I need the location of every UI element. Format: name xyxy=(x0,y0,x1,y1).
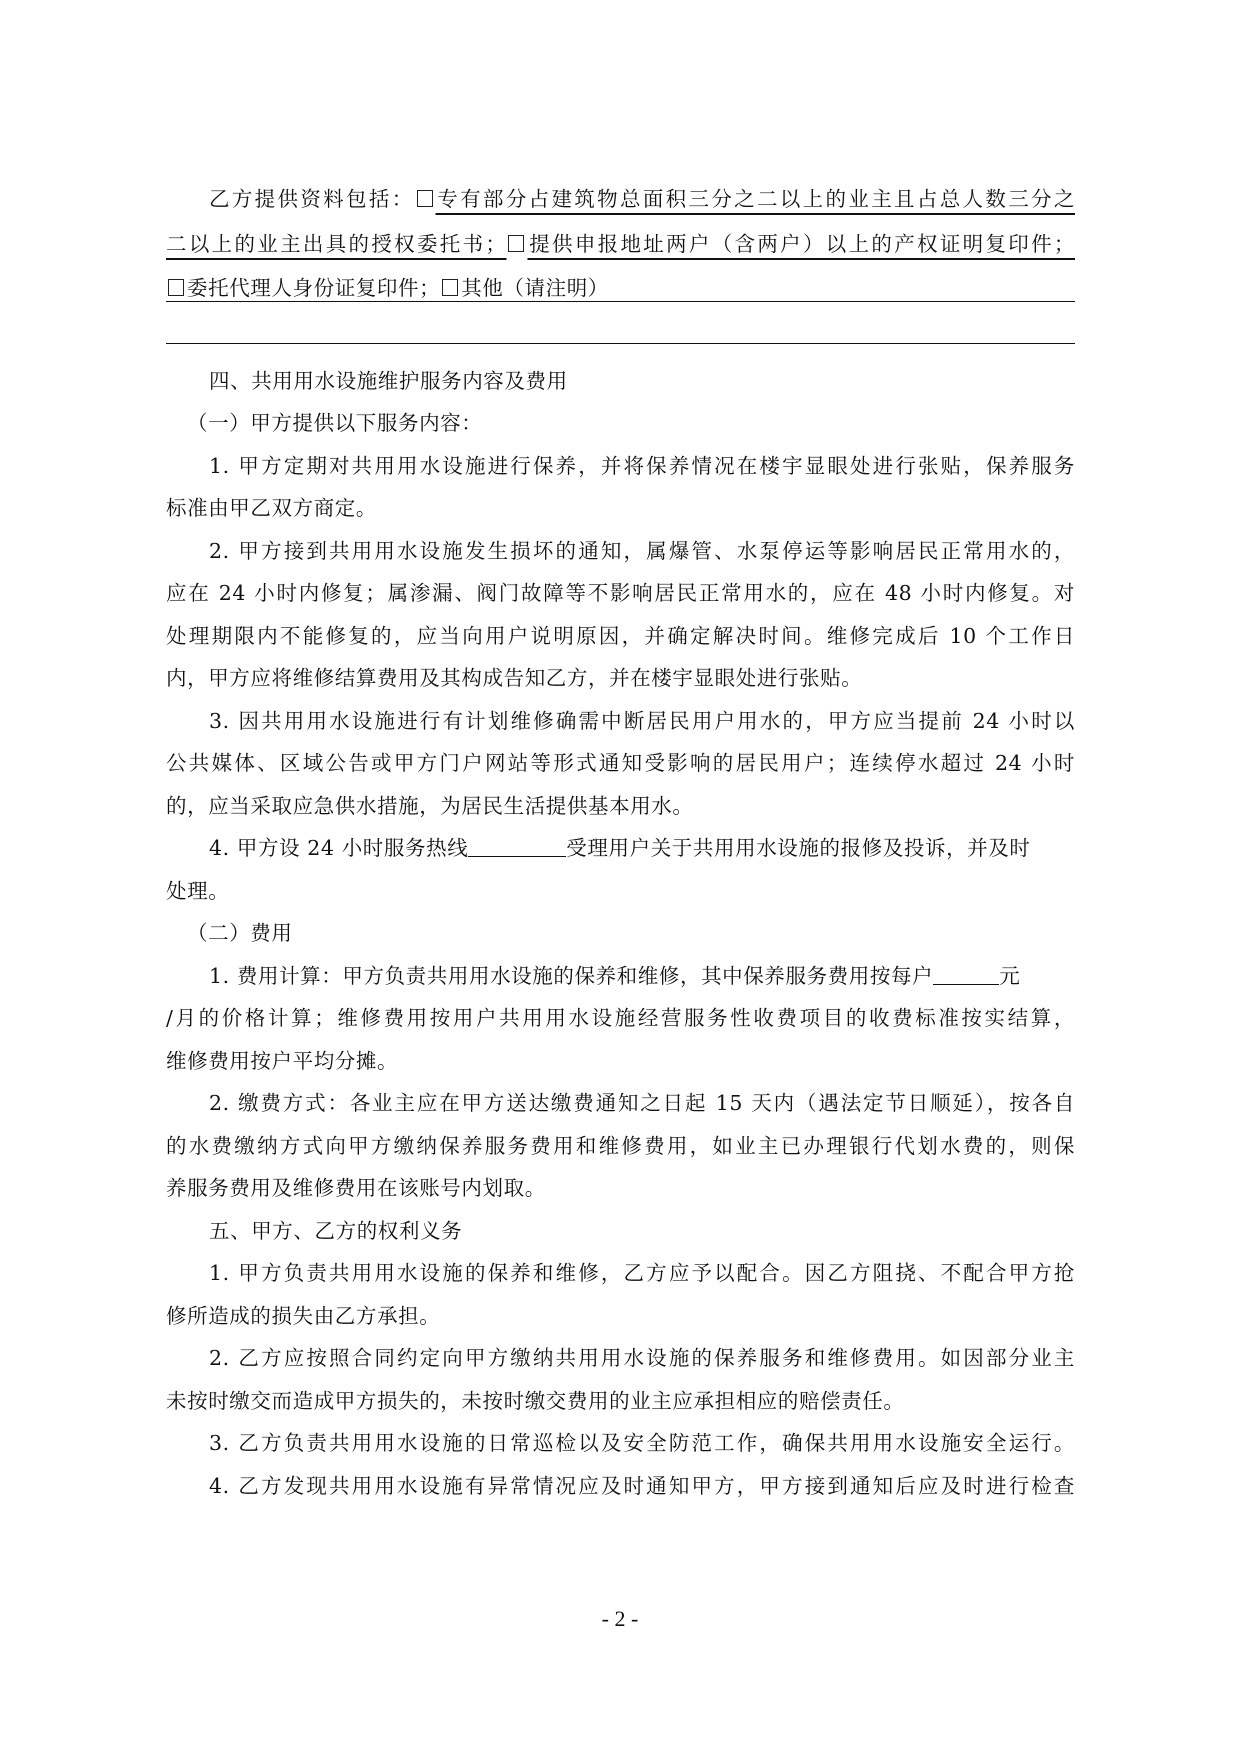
checkbox-property-proof[interactable] xyxy=(508,235,524,252)
materials-line-2a: 二以上的业主出具的授权委托书； xyxy=(166,232,506,256)
s4-fee-item2-line1: 2. 缴费方式：各业主应在甲方送达缴费通知之日起 15 天内（遇法定节日顺延），… xyxy=(166,1082,1075,1124)
s4-item2-line4: 内，甲方应将维修结算费用及其构成告知乙方，并在楼宇显眼处进行张贴。 xyxy=(166,657,1075,699)
materials-label: 乙方提供资料包括： xyxy=(209,187,415,211)
checkbox-agent-id[interactable] xyxy=(168,279,184,296)
fee-item1-after: 元 xyxy=(999,964,1020,988)
s4-fee-item2-line2: 的水费缴纳方式向甲方缴纳保养服务费用和维修费用，如业主已办理银行代划水费的，则保 xyxy=(166,1125,1075,1167)
section-4-sub2-title: （二）费用 xyxy=(166,912,1075,954)
materials-line-3: 委托代理人身份证复印件；其他（请注明） xyxy=(166,267,1075,309)
s5-item1-line2: 修所造成的损失由乙方承担。 xyxy=(166,1295,1075,1337)
s4-item2-line2: 应在 24 小时内修复；属渗漏、阀门故障等不影响居民正常用水的，应在 48 小时… xyxy=(166,572,1075,614)
checkbox-other[interactable] xyxy=(442,279,458,296)
s4-fee-item1-line3: 维修费用按户平均分摊。 xyxy=(166,1040,1075,1082)
s4-item4-before: 4. 甲方设 24 小时服务热线 xyxy=(209,836,468,860)
s5-item2-line1: 2. 乙方应按照合同约定向甲方缴纳共用用水设施的保养服务和维修费用。如因部分业主 xyxy=(166,1337,1075,1379)
materials-line-2b: 提供申报地址两户（含两户）以上的产权证明复印件； xyxy=(527,232,1075,256)
materials-line-1: 乙方提供资料包括：专有部分占建筑物总面积三分之二以上的业主且占总人数三分之 xyxy=(166,178,1075,220)
s4-item3-line2: 公共媒体、区域公告或甲方门户网站等形式通知受影响的居民用户；连续停水超过 24 … xyxy=(166,742,1075,784)
s5-item2-line2: 未按时缴交而造成甲方损失的，未按时缴交费用的业主应承担相应的赔偿责任。 xyxy=(166,1380,1075,1422)
s4-item3-line3: 的，应当采取应急供水措施，为居民生活提供基本用水。 xyxy=(166,785,1075,827)
s5-item3-line1: 3. 乙方负责共用用水设施的日常巡检以及安全防范工作，确保共用用水设施安全运行。 xyxy=(166,1422,1075,1464)
s5-item1-line1: 1. 甲方负责共用用水设施的保养和维修，乙方应予以配合。因乙方阻挠、不配合甲方抢 xyxy=(166,1252,1075,1294)
materials-line-3b: 其他（请注明） xyxy=(461,276,609,300)
s4-item1-line2: 标准由甲乙双方商定。 xyxy=(166,487,1075,529)
s4-item4-line2: 处理。 xyxy=(166,870,1075,912)
s5-item4-line1: 4. 乙方发现共用用水设施有异常情况应及时通知甲方，甲方接到通知后应及时进行检查 xyxy=(166,1465,1075,1507)
s4-item1-line1: 1. 甲方定期对共用用水设施进行保养，并将保养情况在楼宇显眼处进行张贴，保养服务 xyxy=(166,445,1075,487)
materials-other-blank-line[interactable] xyxy=(166,343,1075,344)
materials-line-2: 二以上的业主出具的授权委托书；提供申报地址两户（含两户）以上的产权证明复印件； xyxy=(166,223,1075,265)
checkbox-authorization[interactable] xyxy=(417,190,433,207)
section-5-title: 五、甲方、乙方的权利义务 xyxy=(166,1210,1075,1252)
page-number: - 2 - xyxy=(0,1606,1240,1632)
s4-item2-line3: 处理期限内不能修复的，应当向用户说明原因，并确定解决时间。维修完成后 10 个工… xyxy=(166,615,1075,657)
section-4-sub1-title: （一）甲方提供以下服务内容： xyxy=(166,402,1075,444)
s4-fee-item2-line3: 养服务费用及维修费用在该账号内划取。 xyxy=(166,1167,1075,1209)
s4-item2-line1: 2. 甲方接到共用用水设施发生损坏的通知，属爆管、水泵停运等影响居民正常用水的， xyxy=(166,530,1075,572)
section-4-title: 四、共用用水设施维护服务内容及费用 xyxy=(166,360,1075,402)
fee-item1-before: 1. 费用计算：甲方负责共用用水设施的保养和维修，其中保养服务费用按每户 xyxy=(209,964,933,988)
materials-line-1-text: 专有部分占建筑物总面积三分之二以上的业主且占总人数三分之 xyxy=(436,187,1075,211)
materials-line-3a: 委托代理人身份证复印件； xyxy=(187,276,440,300)
fee-per-household-blank-field[interactable] xyxy=(933,958,999,985)
s4-item4-after: 受理用户关于共用用水设施的报修及投诉，并及时 xyxy=(566,836,1030,860)
s4-fee-item1-line1: 1. 费用计算：甲方负责共用用水设施的保养和维修，其中保养服务费用按每户元 xyxy=(166,955,1075,997)
materials-other-underline[interactable] xyxy=(166,301,1075,302)
document-page: 乙方提供资料包括：专有部分占建筑物总面积三分之二以上的业主且占总人数三分之 二以… xyxy=(0,0,1240,1754)
hotline-blank-field[interactable] xyxy=(468,830,566,857)
s4-fee-item1-line2: /月的价格计算；维修费用按用户共用用水设施经营服务性收费项目的收费标准按实结算， xyxy=(166,997,1075,1039)
s4-item3-line1: 3. 因共用用水设施进行有计划维修确需中断居民用户用水的，甲方应当提前 24 小… xyxy=(166,700,1075,742)
s4-item4-line1: 4. 甲方设 24 小时服务热线受理用户关于共用用水设施的报修及投诉，并及时 xyxy=(166,827,1075,869)
